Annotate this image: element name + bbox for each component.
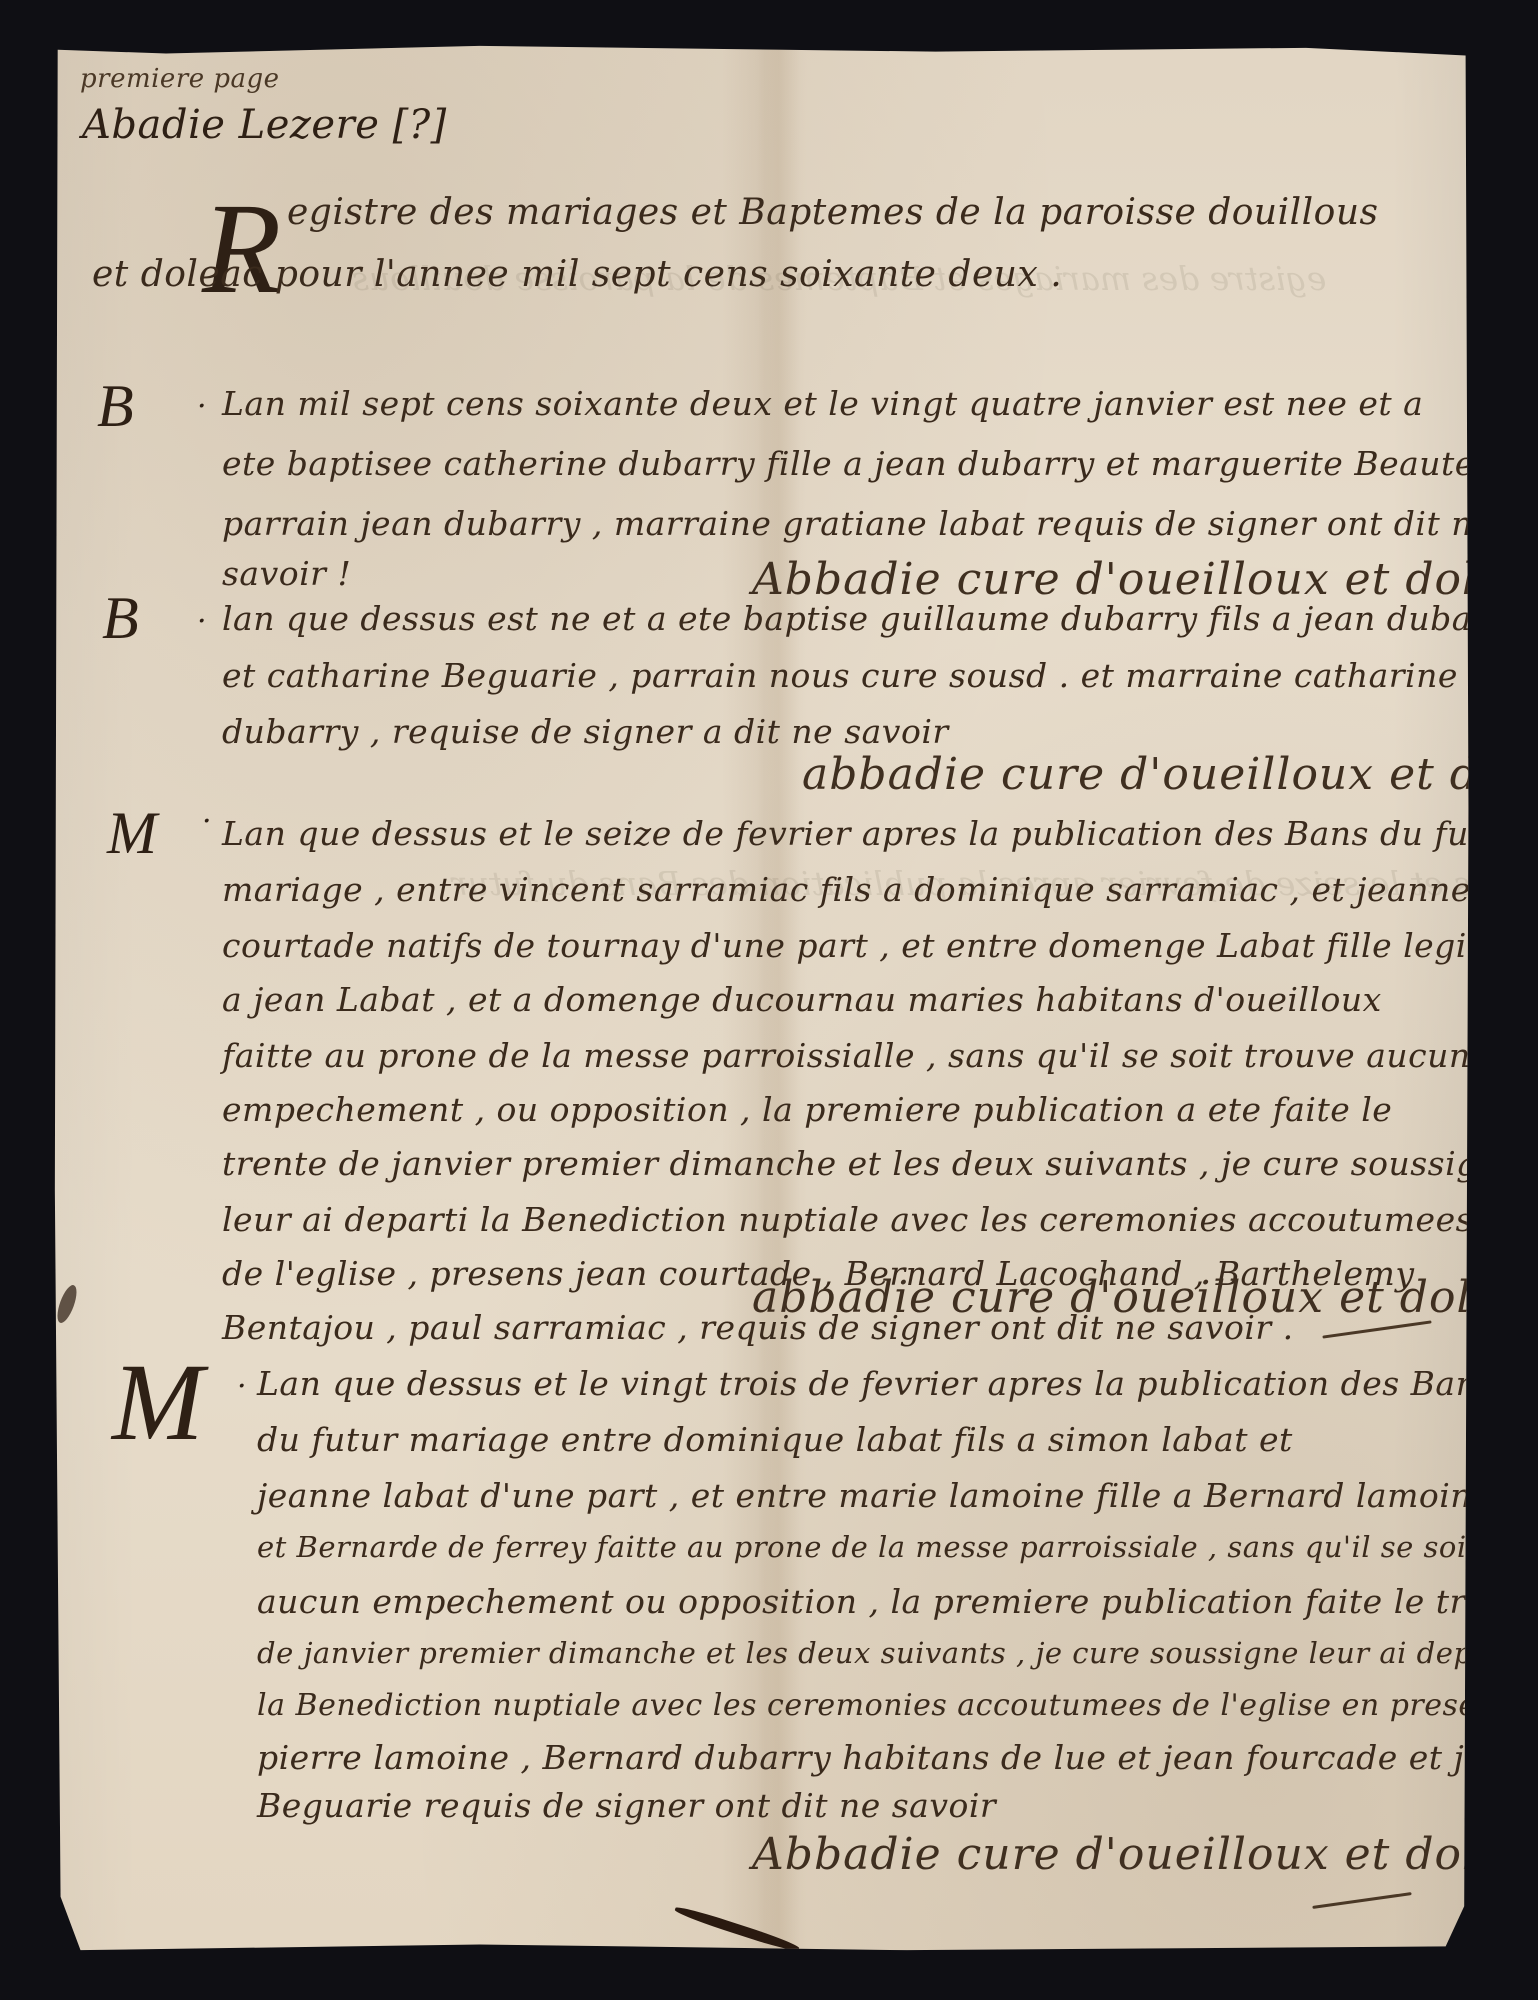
entry-line: de janvier premier dimanche et les deux … [257, 1636, 1527, 1670]
signature-flourish [1312, 1892, 1411, 1909]
entry-line: a jean Labat , et a domenge ducournau ma… [222, 980, 1382, 1019]
entry-line: Lan mil sept cens soixante deux et le vi… [222, 384, 1423, 423]
entry-line: leur ai departi la Benediction nuptiale … [222, 1200, 1473, 1239]
margin-mark-marriage: M [112, 1339, 204, 1466]
signature-flourish [1322, 1320, 1431, 1338]
priest-signature: Abbadie cure d'oueilloux et doleac [752, 554, 1538, 605]
entry-line: Beguarie requis de signer ont dit ne sav… [257, 1786, 996, 1825]
entry-line: la Benediction nuptiale avec les ceremon… [257, 1688, 1538, 1723]
page-note: premiere page [80, 64, 280, 94]
notation-signature: Abadie Lezere [?] [82, 102, 447, 148]
entry-line: parrain jean dubarry , marraine gratiane… [222, 504, 1493, 543]
entry-line: ete baptisee catherine dubarry fille a j… [222, 444, 1475, 483]
priest-signature: abbadie cure d'oueilloux et doleac [752, 1272, 1538, 1323]
entry-line: du futur mariage entre dominique labat f… [257, 1420, 1293, 1459]
entry-line: dubarry , requise de signer a dit ne sav… [222, 712, 949, 751]
entry-line: mariage , entre vincent sarramiac fils a… [222, 870, 1471, 909]
entry-line: trente de janvier premier dimanche et le… [222, 1144, 1520, 1183]
margin-mark-baptism: B [97, 372, 134, 441]
entry-line: pierre lamoine , Bernard dubarry habitan… [257, 1738, 1526, 1777]
entry-line: faitte au prone de la messe parroissiall… [222, 1036, 1471, 1075]
margin-mark-marriage: M [107, 799, 157, 868]
margin-dot: · [202, 804, 212, 839]
entry-line: Lan que dessus et le seize de fevrier ap… [222, 814, 1521, 853]
entry-line: savoir ! [222, 554, 351, 593]
entry-line: empechement , ou opposition , la premier… [222, 1090, 1392, 1129]
entry-line: aucun empechement ou opposition , la pre… [257, 1582, 1538, 1621]
margin-dot: · [197, 389, 207, 424]
register-page: egistre des mariages et Baptemes de la p… [52, 44, 1477, 1954]
entry-line: lan que dessus est ne et a ete baptise g… [222, 599, 1524, 638]
title-initial: R [202, 174, 282, 324]
title-line-1: egistre des mariages et Baptemes de la p… [287, 192, 1378, 233]
entry-line: courtade natifs de tournay d'une part , … [222, 926, 1538, 965]
entry-line: Lan que dessus et le vingt trois de fevr… [257, 1364, 1495, 1403]
priest-signature: abbadie cure d'oueilloux et doleac [802, 749, 1538, 800]
margin-dot: · [237, 1369, 247, 1404]
entry-line: et Bernarde de ferrey faitte au prone de… [257, 1530, 1538, 1564]
priest-signature: Abbadie cure d'oueilloux et doleac [752, 1829, 1538, 1880]
entry-line: jeanne labat d'une part , et entre marie… [257, 1476, 1492, 1515]
margin-dot: · [197, 604, 207, 639]
margin-mark-baptism: B [102, 584, 139, 653]
title-line-2: et doleac pour l'annee mil sept cens soi… [92, 254, 1062, 295]
entry-line: et catharine Beguarie , parrain nous cur… [222, 656, 1458, 695]
ink-blot [54, 1283, 81, 1325]
